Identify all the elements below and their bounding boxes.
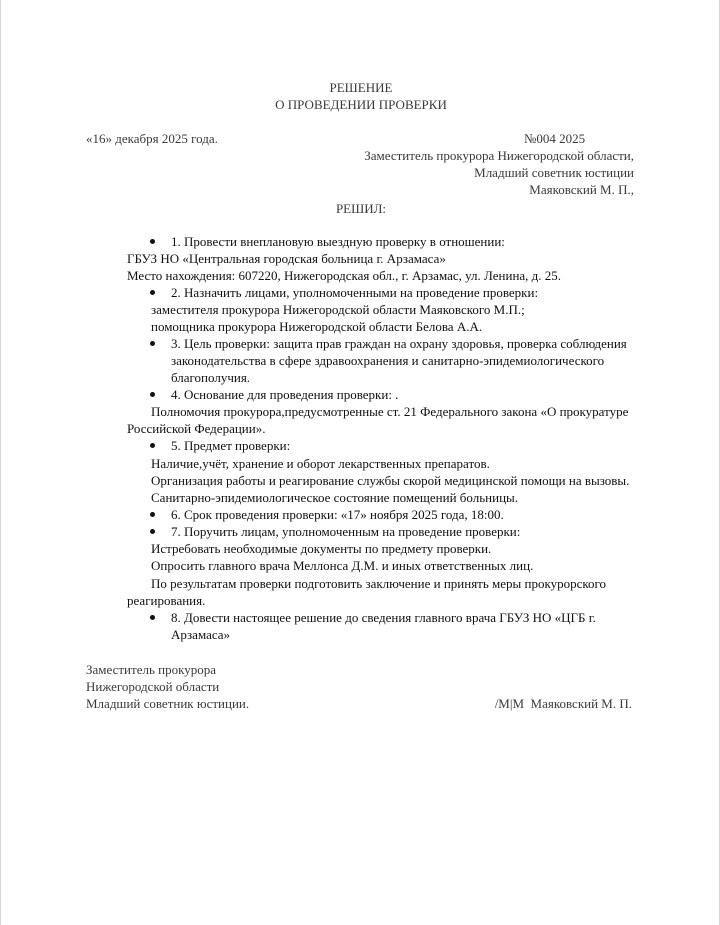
item7-heading: 7. Поручить лицам, уполномоченным на про… xyxy=(171,523,520,540)
bullet-icon xyxy=(150,341,155,346)
item5-subject2: Организация работы и реагирование службы… xyxy=(151,472,629,489)
item2-heading: 2. Назначить лицами, уполномоченными на … xyxy=(171,284,538,301)
item3-line2: законодательства в сфере здравоохранения… xyxy=(171,352,604,369)
bullet-icon xyxy=(150,392,155,397)
item1-organization: ГБУЗ НО «Центральная городская больница … xyxy=(127,250,446,267)
item5-subject3: Санитарно-эпидемиологическое состояние п… xyxy=(151,489,518,506)
document-subtitle: О ПРОВЕДЕНИИ ПРОВЕРКИ xyxy=(1,96,720,113)
bullet-icon xyxy=(150,529,155,534)
item2-person1: заместителя прокурора Нижегородской обла… xyxy=(151,301,525,318)
item6-heading: 6. Срок проведения проверки: «17» ноября… xyxy=(171,506,504,523)
item3-line3: благополучия. xyxy=(171,369,250,386)
bullet-icon xyxy=(150,512,155,517)
item3-line1: 3. Цель проверки: защита прав граждан на… xyxy=(171,335,627,352)
item4-basis-line2: Российской Федерации». xyxy=(127,420,265,437)
signature-rank: Младший советник юстиции. xyxy=(86,695,249,712)
item1-heading: 1. Провести внеплановую выездную проверк… xyxy=(171,233,505,250)
signature-name: /М|М Маяковский М. П. xyxy=(495,695,632,712)
item5-subject1: Наличие,учёт, хранение и оборот лекарств… xyxy=(151,455,490,472)
item4-basis-line1: Полномочия прокурора,предусмотренные ст.… xyxy=(151,403,628,420)
bullet-icon xyxy=(150,443,155,448)
signature-position-line2: Нижегородской области xyxy=(86,678,219,695)
document-page: РЕШЕНИЕ О ПРОВЕДЕНИИ ПРОВЕРКИ «16» декаб… xyxy=(0,0,720,925)
item8-line2: Арзамаса» xyxy=(171,626,230,643)
item7-result-line2: реагирования. xyxy=(127,592,205,609)
item7-result-line1: По результатам проверки подготовить закл… xyxy=(151,575,606,592)
item4-heading: 4. Основание для проведения проверки: . xyxy=(171,386,398,403)
issuer-name: Маяковский М. П., xyxy=(529,181,634,198)
document-title: РЕШЕНИЕ xyxy=(1,79,720,96)
item2-person2: помощника прокурора Нижегородской област… xyxy=(151,318,482,335)
bullet-icon xyxy=(150,615,155,620)
decided-heading: РЕШИЛ: xyxy=(1,200,720,217)
document-date: «16» декабря 2025 года. xyxy=(86,130,218,147)
item8-line1: 8. Довести настоящее решение до сведения… xyxy=(171,609,596,626)
item7-task2: Опросить главного врача Меллонса Д.М. и … xyxy=(151,557,533,574)
bullet-icon xyxy=(150,290,155,295)
issuer-rank: Младший советник юстиции xyxy=(474,164,634,181)
document-number: №004 2025 xyxy=(524,130,585,147)
item1-location: Место нахождения: 607220, Нижегородская … xyxy=(127,267,561,284)
signature-position-line1: Заместитель прокурора xyxy=(86,661,216,678)
item7-task1: Истребовать необходимые документы по пре… xyxy=(151,540,491,557)
issuer-position: Заместитель прокурора Нижегородской обла… xyxy=(364,147,634,164)
bullet-icon xyxy=(150,239,155,244)
item5-heading: 5. Предмет проверки: xyxy=(171,437,290,454)
